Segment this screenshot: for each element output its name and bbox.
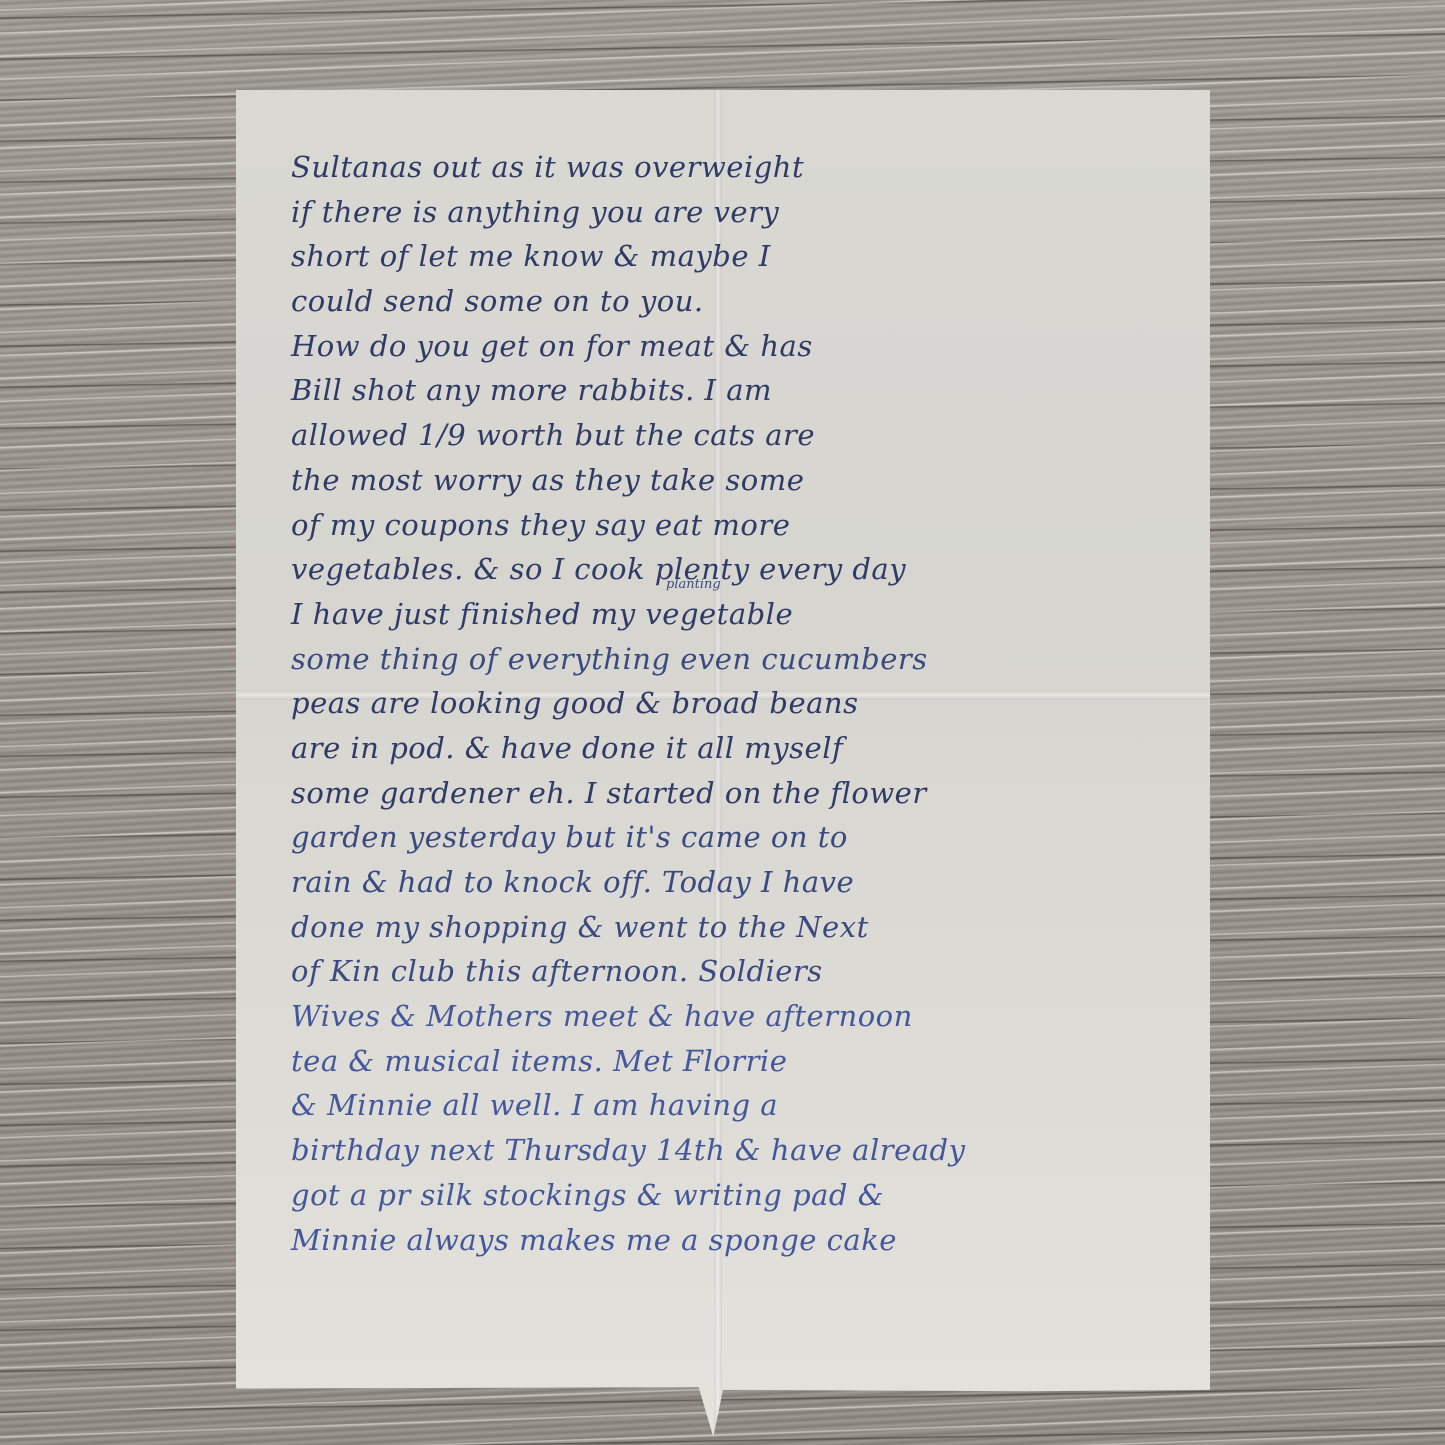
letter-line: done my shopping & went to the Next <box>291 905 1190 950</box>
letter-line: Bill shot any more rabbits. I am <box>291 368 1190 413</box>
letter-line: rain & had to knock off. Today I have <box>291 860 1190 905</box>
letter-line: of my coupons they say eat more <box>291 503 1190 548</box>
letter-line: allowed 1/9 worth but the cats are <box>291 413 1190 458</box>
letter-line: tea & musical items. Met Florrie <box>291 1039 1190 1084</box>
letter-line: birthday next Thursday 14th & have alrea… <box>291 1128 1190 1173</box>
letter-line: got a pr silk stockings & writing pad & <box>291 1173 1190 1218</box>
handwritten-text: Sultanas out as it was overweight if the… <box>291 145 1190 1262</box>
letter-line: peas are looking good & broad beans <box>291 681 1190 726</box>
letter-line: the most worry as they take some <box>291 458 1190 503</box>
letter-line: I have just finished my vegetable <box>291 592 1190 637</box>
letter-line: garden yesterday but it's came on to <box>291 815 1190 860</box>
letter-line: & Minnie all well. I am having a <box>291 1083 1190 1128</box>
letter-line: How do you get on for meat & has <box>291 324 1190 369</box>
letter-page: planting Sultanas out as it was overweig… <box>236 90 1210 1437</box>
letter-line: Sultanas out as it was overweight <box>291 145 1190 190</box>
letter-line: Wives & Mothers meet & have afternoon <box>291 994 1190 1039</box>
letter-line: some thing of everything even cucumbers <box>291 637 1190 682</box>
letter-line: Minnie always makes me a sponge cake <box>291 1218 1190 1263</box>
letter-line: short of let me know & maybe I <box>291 234 1190 279</box>
letter-line: if there is anything you are very <box>291 190 1190 235</box>
letter-line: some gardener eh. I started on the flowe… <box>291 771 1190 816</box>
letter-line: are in pod. & have done it all myself <box>291 726 1190 771</box>
letter-line: vegetables. & so I cook plenty every day <box>291 547 1190 592</box>
letter-line: of Kin club this afternoon. Soldiers <box>291 949 1190 994</box>
letter-line: could send some on to you. <box>291 279 1190 324</box>
